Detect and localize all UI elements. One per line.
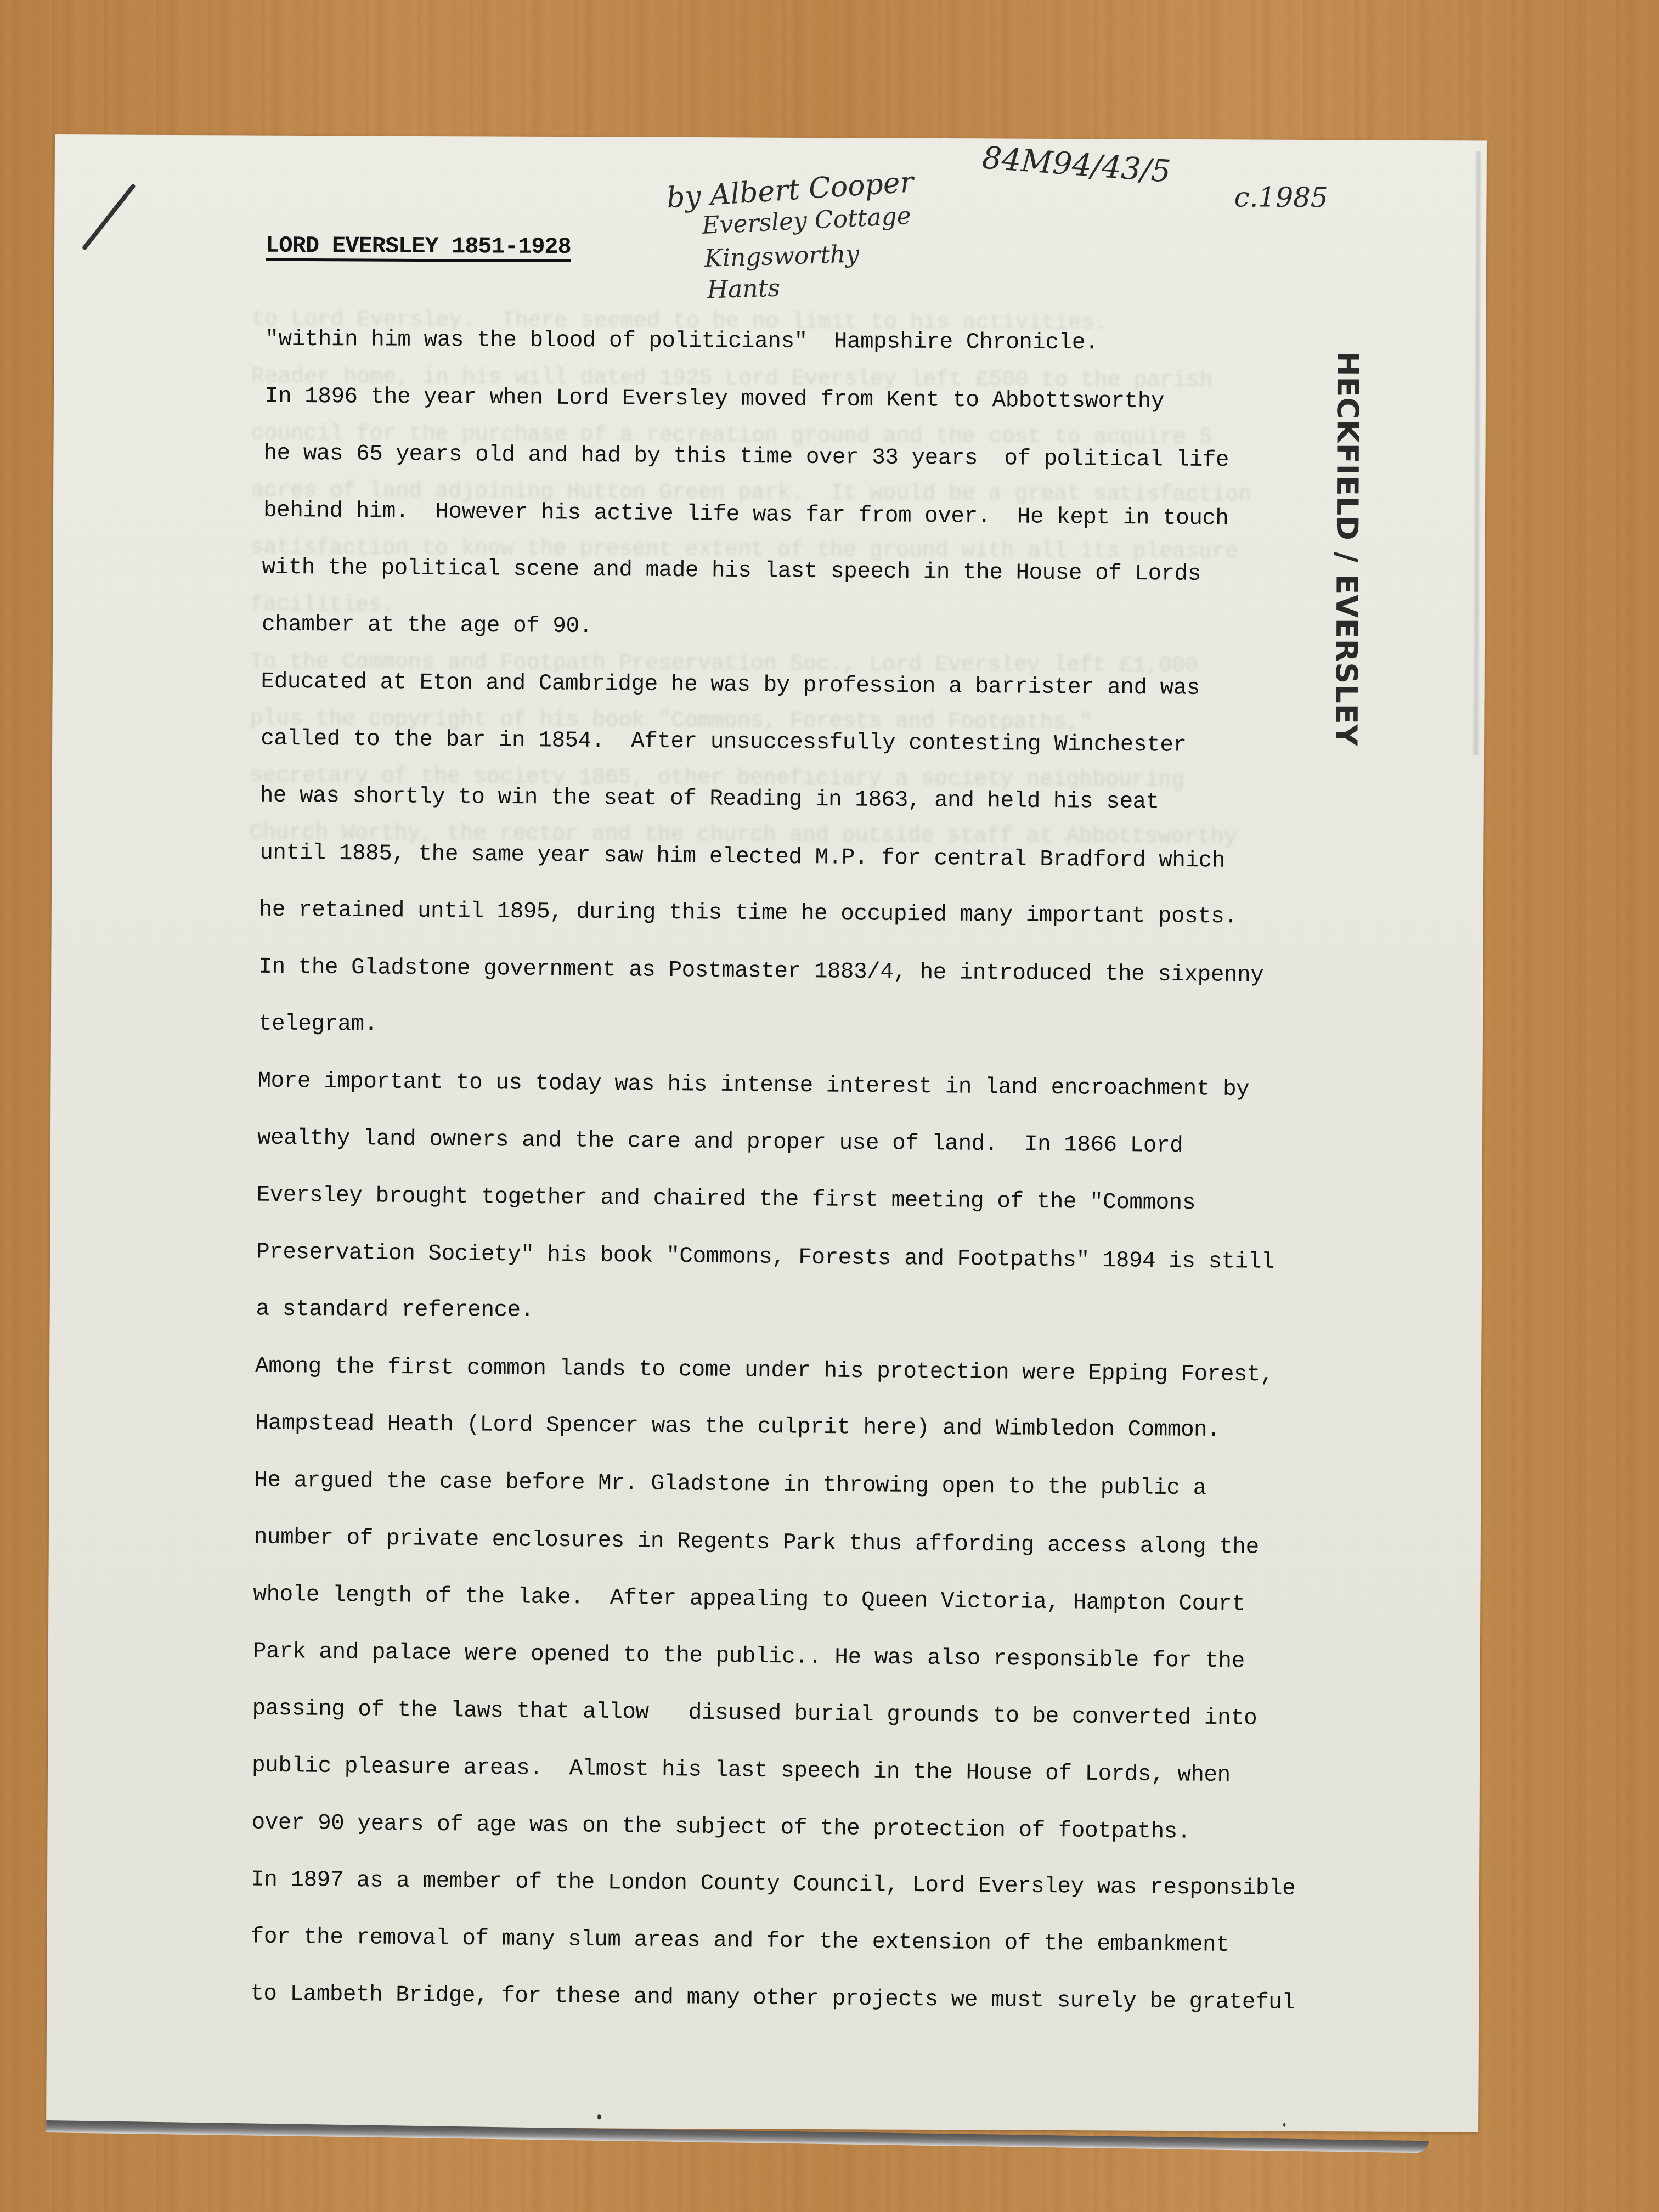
document-body: "within him was the blood of politicians… xyxy=(258,311,1445,2028)
document-line: called to the bar in 1854. After unsucce… xyxy=(261,710,1441,776)
document-line: Among the first common lands to come und… xyxy=(255,1338,1435,1405)
document-title: LORD EVERSLEY 1851-1928 xyxy=(266,234,571,262)
document-line: until 1885, the same year saw him electe… xyxy=(259,825,1440,891)
paper-bottom-edge xyxy=(46,2120,1429,2153)
ink-speck xyxy=(597,2114,601,2119)
typed-document-page: to Lord Eversley. There seemed to be no … xyxy=(46,134,1487,2132)
document-line: wealthy land owners and the care and pro… xyxy=(257,1110,1437,1177)
document-line: behind him. However his active life was … xyxy=(263,482,1443,549)
document-line: he retained until 1895, during this time… xyxy=(258,882,1438,947)
paper-edge-shadow xyxy=(1472,151,1482,755)
handwritten-address-line: Hants xyxy=(707,276,780,302)
document-line: Eversley brought together and chaired th… xyxy=(256,1167,1436,1234)
document-line: a standard reference. xyxy=(256,1281,1435,1343)
ink-speck xyxy=(1283,2123,1285,2127)
document-line: He argued the case before Mr. Gladstone … xyxy=(254,1452,1434,1519)
document-line: Educated at Eton and Cambridge he was by… xyxy=(261,653,1441,719)
document-line: telegram. xyxy=(258,996,1438,1058)
document-line: Hampstead Heath (Lord Spencer was the cu… xyxy=(255,1395,1435,1460)
document-line: with the political scene and made his la… xyxy=(262,539,1442,605)
document-line: More important to us today was his inten… xyxy=(257,1053,1437,1120)
document-line: to Lambeth Bridge, for these and many ot… xyxy=(250,1966,1430,2033)
document-line: for the removal of many slum areas and f… xyxy=(250,1909,1430,1976)
document-line: "within him was the blood of politicians… xyxy=(265,311,1444,373)
handwritten-date: c.1985 xyxy=(1234,183,1328,211)
document-line: he was shortly to win the seat of Readin… xyxy=(259,768,1440,833)
document-line: In 1896 the year when Lord Eversley move… xyxy=(265,368,1445,432)
document-line: chamber at the age of 90. xyxy=(262,596,1442,660)
document-line: In 1897 as a member of the London County… xyxy=(251,1852,1431,1918)
handwritten-address-line: Kingsworthy xyxy=(704,242,859,271)
pen-slash-mark xyxy=(82,183,136,251)
document-line: In the Gladstone government as Postmaste… xyxy=(258,939,1438,1006)
document-line: he was 65 years old and had by this time… xyxy=(263,425,1443,490)
archive-reference-number: 84M94/43/5 xyxy=(981,143,1172,187)
